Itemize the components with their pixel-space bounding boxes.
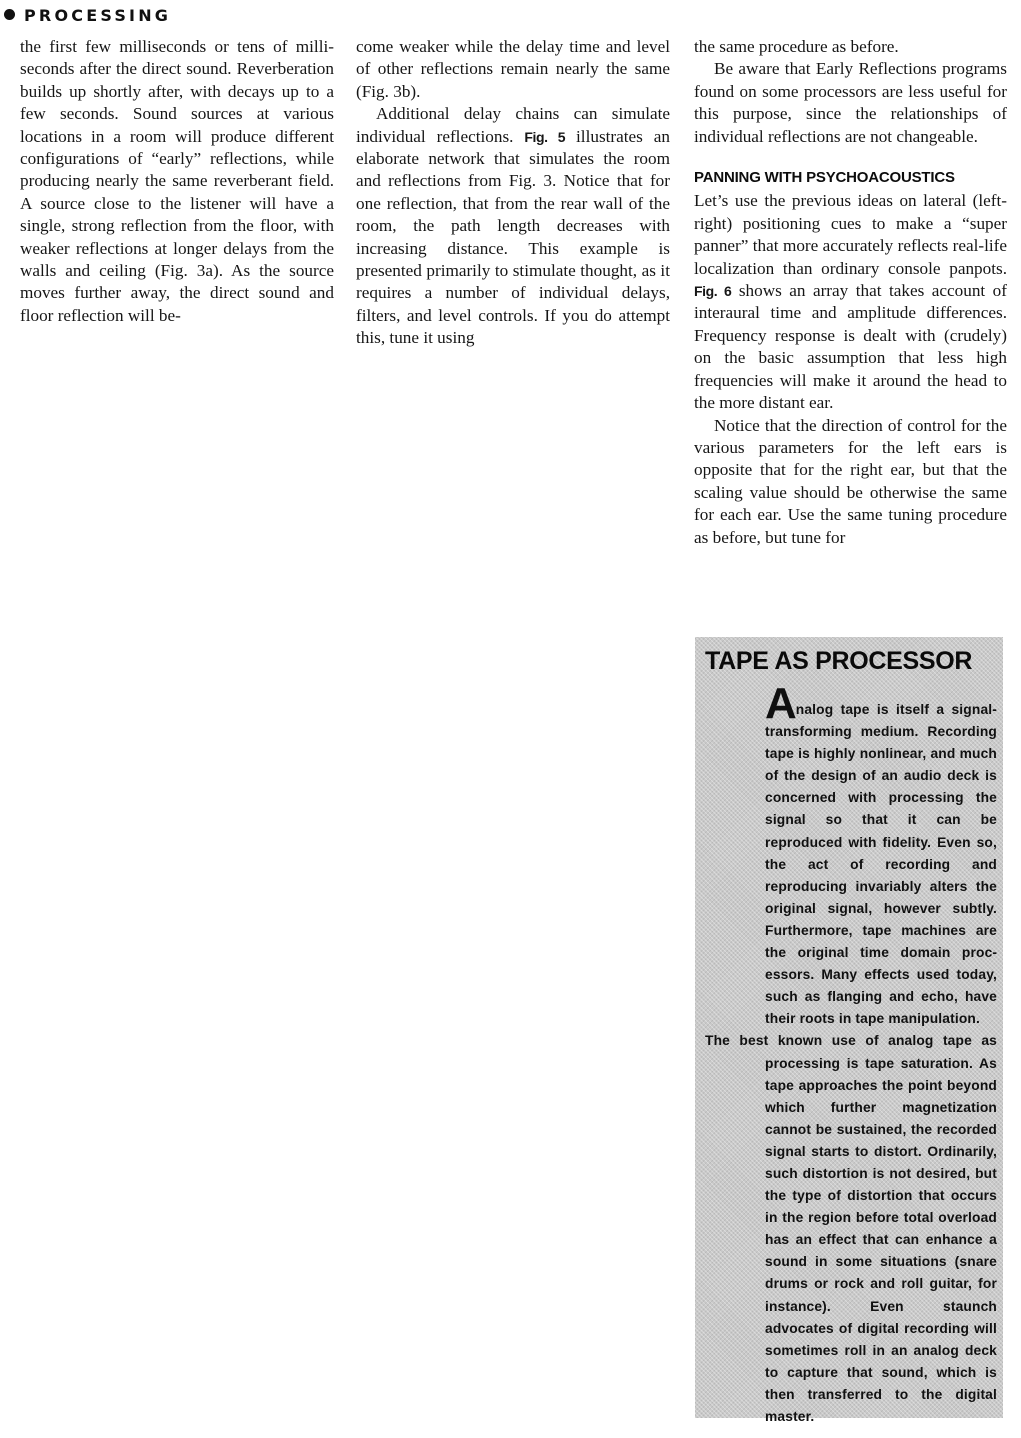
sidebar-p2-lead: The best known use of analog tape as	[705, 1030, 997, 1052]
sidebar-box: TAPE AS PROCESSOR Analog tape is itself …	[695, 637, 1003, 1418]
sidebar-paragraph-2: The best known use of analog tape as pro…	[705, 1030, 997, 1428]
col3-paragraph-4: Notice that the direction of control for…	[694, 415, 1007, 549]
col3-p3-text-b: shows an array that takes account of int…	[694, 281, 1007, 412]
sidebar-paragraph-1: Analog tape is itself a signal-transform…	[705, 689, 997, 1030]
bullet-icon	[4, 9, 15, 20]
col3-p3-text-a: Let’s use the previous ideas on lateral …	[694, 191, 1007, 277]
sidebar-p1-text: nalog tape is itself a signal-transformi…	[765, 702, 997, 1026]
subheading-panning: PANNING WITH PSYCHOACOUSTICS	[694, 167, 1007, 189]
column-2: come weaker while the delay time and lev…	[356, 36, 670, 350]
column-1: the first few milliseconds or tens of mi…	[20, 36, 334, 327]
section-label: PROCESSING	[24, 6, 171, 25]
sidebar-p2-text: processing is tape saturation. As tape a…	[705, 1053, 997, 1429]
column-3: the same procedure as before. Be aware t…	[694, 36, 1007, 549]
col2-paragraph-1: come weaker while the delay time and lev…	[356, 36, 670, 103]
col3-paragraph-2: Be aware that Early Reflections pro­gram…	[694, 58, 1007, 148]
figure-reference-fig5: Fig. 5	[524, 129, 565, 145]
section-header: PROCESSING	[4, 6, 171, 25]
col2-p2-text-b: illustrates an elaborate network that si…	[356, 127, 670, 348]
col1-paragraph-1: the first few milliseconds or tens of mi…	[20, 36, 334, 327]
drop-cap: A	[765, 679, 795, 728]
col2-paragraph-2: Additional delay chains can simulate ind…	[356, 103, 670, 349]
col3-paragraph-1: the same procedure as before.	[694, 36, 1007, 58]
figure-reference-fig6: Fig. 6	[694, 283, 731, 299]
col3-paragraph-3: Let’s use the previous ideas on lateral …	[694, 190, 1007, 414]
sidebar-title: TAPE AS PROCESSOR	[705, 647, 972, 676]
sidebar-body: Analog tape is itself a signal-transform…	[705, 689, 997, 1428]
